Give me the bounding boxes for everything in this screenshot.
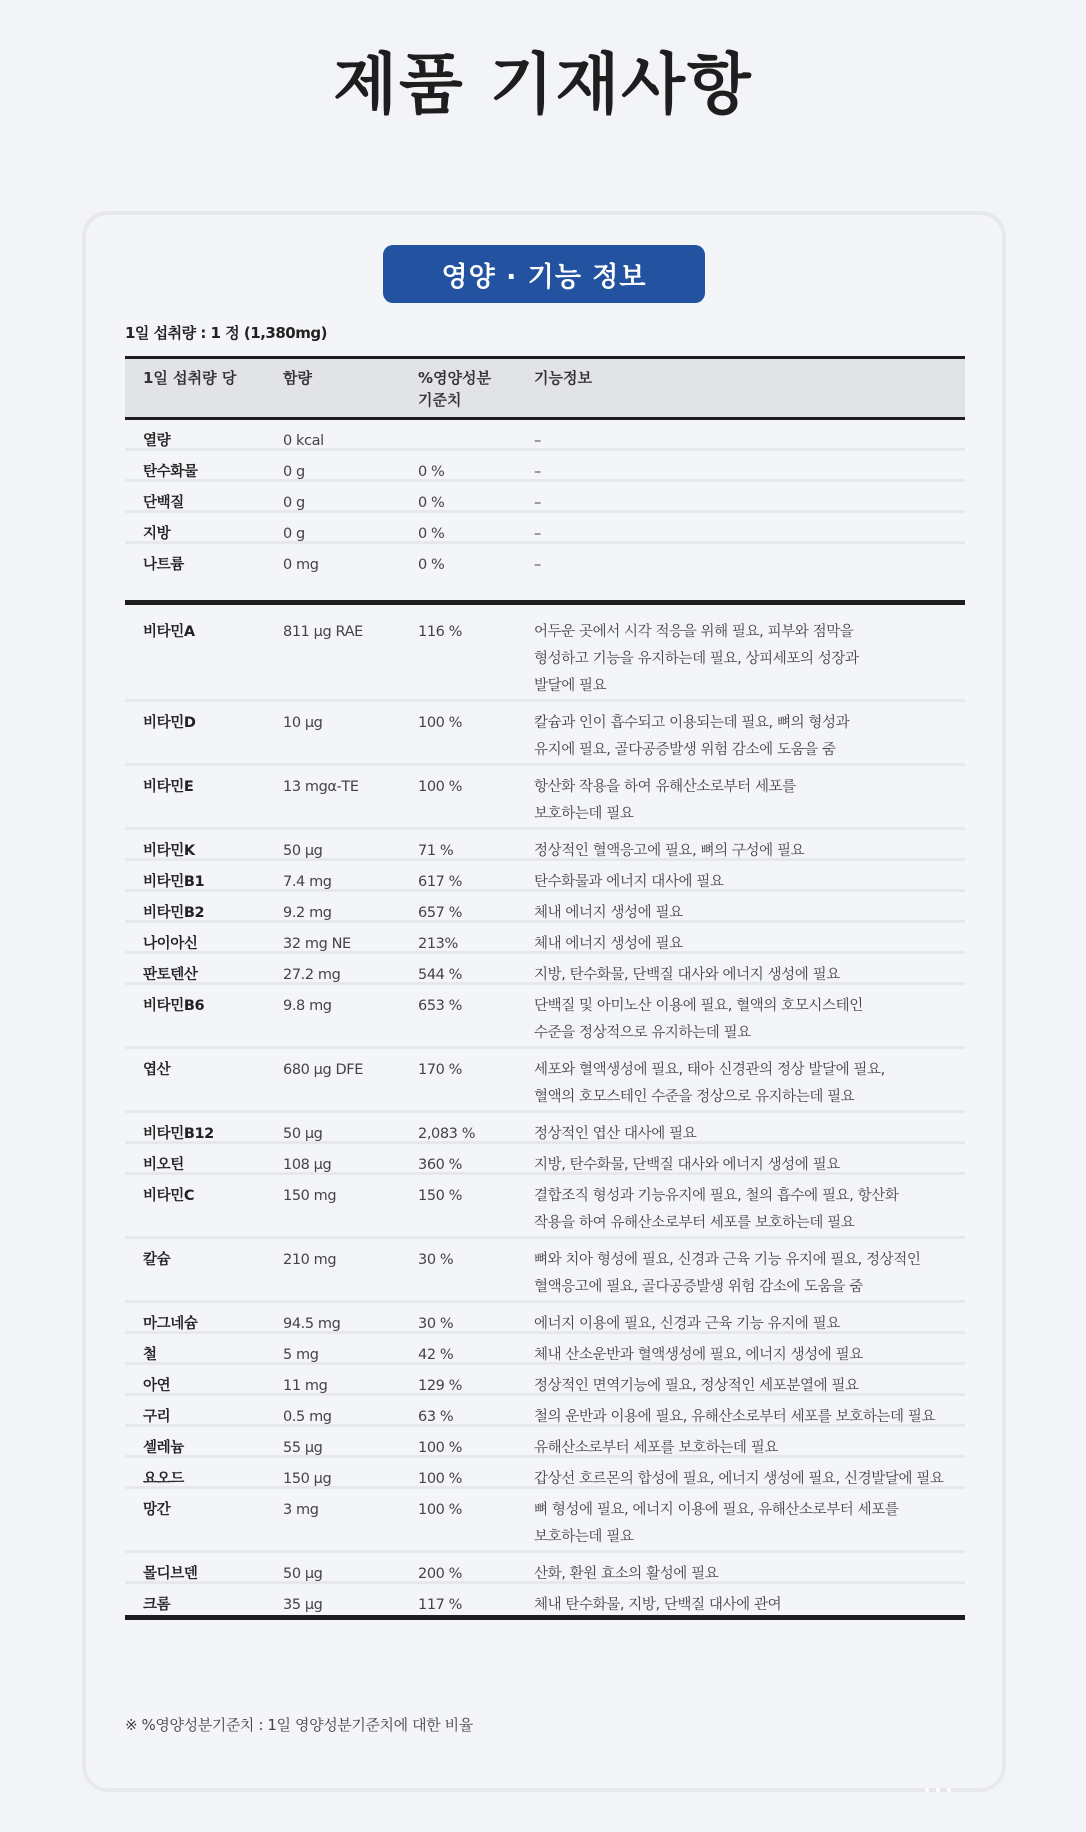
nutrient-name: 비타민D — [143, 710, 195, 737]
table-row: 몰디브덴50 μg200 %산화, 환원 효소의 활성에 필요 — [125, 1553, 965, 1584]
table-row: 크롬35 μg117 %체내 탄수화물, 지방, 단백질 대사에 관여 — [125, 1584, 965, 1615]
nutrient-percent: 170 % — [418, 1057, 462, 1084]
table-row: 비타민K50 μg71 %정상적인 혈액응고에 필요, 뼈의 구성에 필요 — [125, 830, 965, 861]
table-row: 나이아신32 mg NE213%체내 에너지 생성에 필요 — [125, 923, 965, 954]
nutrient-info: – — [534, 552, 959, 579]
info-line: 보호하는데 필요 — [534, 1524, 959, 1551]
info-line: 칼슘과 인이 흡수되고 이용되는데 필요, 뼈의 형성과 — [534, 710, 959, 737]
info-line: 혈액응고에 필요, 골다공증발생 위험 감소에 도움을 줌 — [534, 1274, 959, 1301]
table-row: 비타민B69.8 mg653 %단백질 및 아미노산 이용에 필요, 혈액의 호… — [125, 985, 965, 1049]
nutrition-table: 1일 섭취량 당 함량 %영양성분 기준치 기능정보 열량0 kcal–탄수화물… — [125, 356, 965, 1620]
nutrient-percent: 117 % — [418, 1592, 462, 1619]
nutrient-info: 체내 탄수화물, 지방, 단백질 대사에 관여 — [534, 1592, 959, 1619]
nutrient-name: 칼슘 — [143, 1247, 170, 1274]
header-info: 기능정보 — [534, 367, 592, 389]
info-line: 보호하는데 필요 — [534, 801, 959, 828]
nutrient-info: 칼슘과 인이 흡수되고 이용되는데 필요, 뼈의 형성과유지에 필요, 골다공증… — [534, 710, 959, 764]
nutrient-name: 비타민E — [143, 774, 193, 801]
info-line: 뼈와 치아 형성에 필요, 신경과 근육 기능 유지에 필요, 정상적인 — [534, 1247, 959, 1274]
nutrient-amount: 811 μg RAE — [283, 619, 363, 646]
info-line: 세포와 혈액생성에 필요, 태아 신경관의 정상 발달에 필요, — [534, 1057, 959, 1084]
info-line: 항산화 작용을 하여 유해산소로부터 세포를 — [534, 774, 959, 801]
nutrient-info: 뼈와 치아 형성에 필요, 신경과 근육 기능 유지에 필요, 정상적인혈액응고… — [534, 1247, 959, 1301]
table-row: 셀레늄55 μg100 %유해산소로부터 세포를 보호하는데 필요 — [125, 1427, 965, 1458]
table-row: 비타민B1250 μg2,083 %정상적인 엽산 대사에 필요 — [125, 1113, 965, 1144]
nutrient-name: 망간 — [143, 1497, 170, 1524]
table-row: 비타민A811 μg RAE116 %어두운 곳에서 시각 적응을 위해 필요,… — [125, 611, 965, 702]
info-line: 유지에 필요, 골다공증발생 위험 감소에 도움을 줌 — [534, 737, 959, 764]
nutrient-percent: 100 % — [418, 710, 462, 737]
table-row: 비타민D10 μg100 %칼슘과 인이 흡수되고 이용되는데 필요, 뼈의 형… — [125, 702, 965, 766]
table-row: 망간3 mg100 %뼈 형성에 필요, 에너지 이용에 필요, 유해산소로부터… — [125, 1489, 965, 1553]
header-percent: %영양성분 기준치 — [418, 367, 491, 411]
nutrient-percent: 100 % — [418, 774, 462, 801]
info-line: 형성하고 기능을 유지하는데 필요, 상피세포의 성장과 — [534, 646, 959, 673]
table-row: 아연11 mg129 %정상적인 면역기능에 필요, 정상적인 세포분열에 필요 — [125, 1365, 965, 1396]
page-title: 제품 기재사항 — [0, 40, 1086, 130]
nutrient-amount: 150 mg — [283, 1183, 336, 1210]
nutrient-percent: 150 % — [418, 1183, 462, 1210]
info-line: 혈액의 호모스테인 수준을 정상으로 유지하는데 필요 — [534, 1084, 959, 1111]
table-row: 구리0.5 mg63 %철의 운반과 이용에 필요, 유해산소로부터 세포를 보… — [125, 1396, 965, 1427]
nutrient-amount: 13 mgα-TE — [283, 774, 359, 801]
table-row: 비타민E13 mgα-TE100 %항산화 작용을 하여 유해산소로부터 세포를… — [125, 766, 965, 830]
nutrient-percent: 653 % — [418, 993, 462, 1020]
nutrient-amount: 3 mg — [283, 1497, 319, 1524]
serving-size: 1일 섭취량 : 1 정 (1,380mg) — [125, 322, 327, 343]
table-row: 단백질0 g0 %– — [125, 482, 965, 513]
info-line: 단백질 및 아미노산 이용에 필요, 혈액의 호모시스테인 — [534, 993, 959, 1020]
nutrient-name: 비타민A — [143, 619, 195, 646]
table-row: 비타민B17.4 mg617 %탄수화물과 에너지 대사에 필요 — [125, 861, 965, 892]
table-row: 칼슘210 mg30 %뼈와 치아 형성에 필요, 신경과 근육 기능 유지에 … — [125, 1239, 965, 1303]
table-row: 지방0 g0 %– — [125, 513, 965, 544]
nutrient-percent: 100 % — [418, 1497, 462, 1524]
table-row: 비타민B29.2 mg657 %체내 에너지 생성에 필요 — [125, 892, 965, 923]
table-row: 판토텐산27.2 mg544 %지방, 탄수화물, 단백질 대사와 에너지 생성… — [125, 954, 965, 985]
nutrient-amount: 0 mg — [283, 552, 319, 579]
info-line: 결합조직 형성과 기능유지에 필요, 철의 흡수에 필요, 항산화 — [534, 1183, 959, 1210]
table-row: 엽산680 μg DFE170 %세포와 혈액생성에 필요, 태아 신경관의 정… — [125, 1049, 965, 1113]
nutrient-percent: 0 % — [418, 552, 444, 579]
header-per-serving: 1일 섭취량 당 — [143, 367, 236, 389]
nutrient-percent: 30 % — [418, 1247, 453, 1274]
section-badge: 영양 · 기능 정보 — [383, 245, 705, 303]
nutrient-name: 크롬 — [143, 1592, 170, 1619]
header-amount: 함량 — [283, 367, 312, 389]
table-row: 요오드150 μg100 %갑상선 호르몬의 합성에 필요, 에너지 생성에 필… — [125, 1458, 965, 1489]
vitamin-mineral-nutrients: 비타민A811 μg RAE116 %어두운 곳에서 시각 적응을 위해 필요,… — [125, 605, 965, 1615]
info-line: 수준을 정상적으로 유지하는데 필요 — [534, 1020, 959, 1047]
nutrient-name: 비타민B6 — [143, 993, 204, 1020]
nutrient-info: 단백질 및 아미노산 이용에 필요, 혈액의 호모시스테인수준을 정상적으로 유… — [534, 993, 959, 1047]
info-line: 어두운 곳에서 시각 적응을 위해 필요, 피부와 점막을 — [534, 619, 959, 646]
header-percent-line2: 기준치 — [418, 389, 491, 411]
nutrient-info: 세포와 혈액생성에 필요, 태아 신경관의 정상 발달에 필요,혈액의 호모스테… — [534, 1057, 959, 1111]
footnote: ※ %영양성분기준치 : 1일 영양성분기준치에 대한 비율 — [125, 1714, 473, 1735]
table-row: 비타민C150 mg150 %결합조직 형성과 기능유지에 필요, 철의 흡수에… — [125, 1175, 965, 1239]
nutrient-name: 엽산 — [143, 1057, 170, 1084]
table-row: 열량0 kcal– — [125, 420, 965, 451]
nutrient-name: 비타민C — [143, 1183, 194, 1210]
nutrient-amount: 35 μg — [283, 1592, 323, 1619]
info-line: 발달에 필요 — [534, 673, 959, 700]
nutrient-info: 항산화 작용을 하여 유해산소로부터 세포를보호하는데 필요 — [534, 774, 959, 828]
nutrient-name: 나트륨 — [143, 552, 184, 579]
table-row: 나트륨0 mg0 %– — [125, 544, 965, 600]
nutrient-info: 뼈 형성에 필요, 에너지 이용에 필요, 유해산소로부터 세포를보호하는데 필… — [534, 1497, 959, 1551]
nutrient-amount: 680 μg DFE — [283, 1057, 363, 1084]
pagination-dots — [925, 1785, 975, 1795]
nutrient-amount: 10 μg — [283, 710, 323, 737]
table-row: 철5 mg42 %체내 산소운반과 혈액생성에 필요, 에너지 생성에 필요 — [125, 1334, 965, 1365]
nutrient-percent: 116 % — [418, 619, 462, 646]
nutrient-amount: 9.8 mg — [283, 993, 332, 1020]
table-header: 1일 섭취량 당 함량 %영양성분 기준치 기능정보 — [125, 356, 965, 420]
header-percent-line1: %영양성분 — [418, 367, 491, 389]
table-row: 비오틴108 μg360 %지방, 탄수화물, 단백질 대사와 에너지 생성에 … — [125, 1144, 965, 1175]
nutrient-info: 결합조직 형성과 기능유지에 필요, 철의 흡수에 필요, 항산화작용을 하여 … — [534, 1183, 959, 1237]
table-row: 탄수화물0 g0 %– — [125, 451, 965, 482]
nutrient-info: 어두운 곳에서 시각 적응을 위해 필요, 피부와 점막을형성하고 기능을 유지… — [534, 619, 959, 700]
basic-nutrients: 열량0 kcal–탄수화물0 g0 %–단백질0 g0 %–지방0 g0 %–나… — [125, 420, 965, 600]
table-row: 마그네슘94.5 mg30 %에너지 이용에 필요, 신경과 근육 기능 유지에… — [125, 1303, 965, 1334]
nutrient-amount: 210 mg — [283, 1247, 336, 1274]
info-line: 뼈 형성에 필요, 에너지 이용에 필요, 유해산소로부터 세포를 — [534, 1497, 959, 1524]
info-line: 체내 탄수화물, 지방, 단백질 대사에 관여 — [534, 1592, 959, 1619]
info-line: 작용을 하여 유해산소로부터 세포를 보호하는데 필요 — [534, 1210, 959, 1237]
